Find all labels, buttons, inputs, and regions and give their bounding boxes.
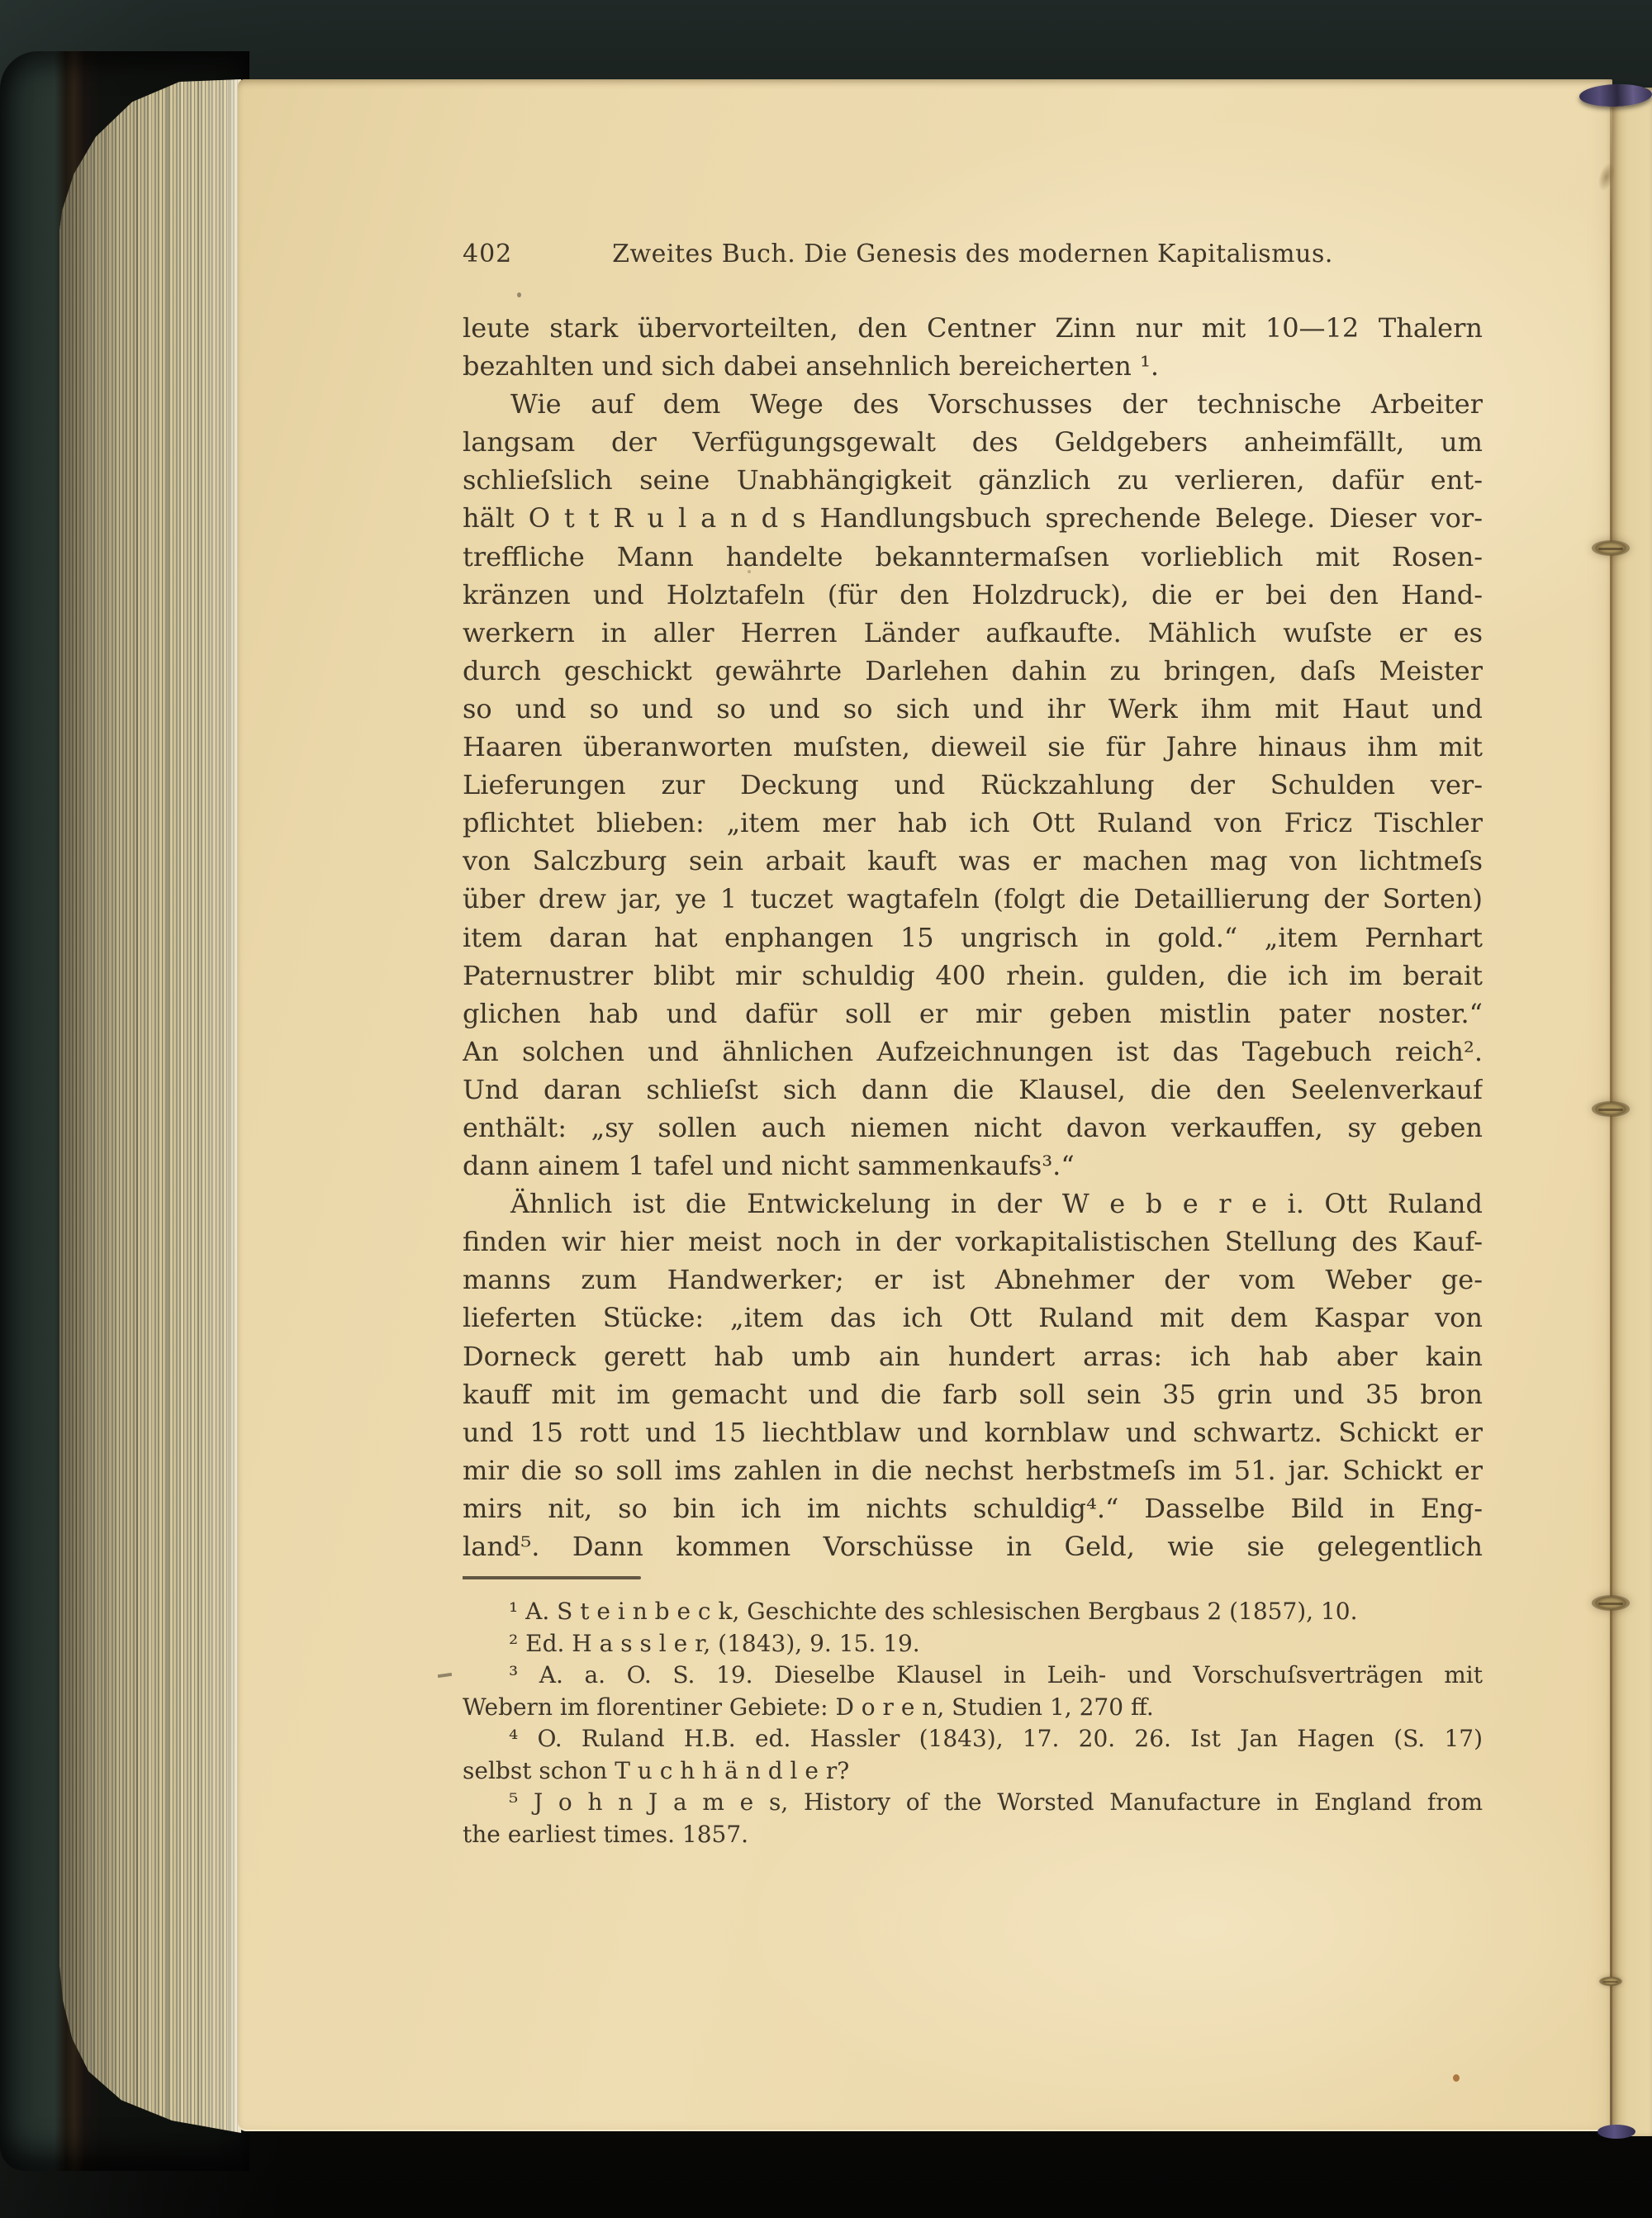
text-line: Lieferungen zur Deckung und Rückzahlung … xyxy=(463,766,1483,804)
footnote-separator xyxy=(463,1576,641,1579)
endband xyxy=(1597,2125,1635,2139)
text-line: werkern in aller Herren Länder aufkaufte… xyxy=(463,614,1483,652)
paper-speck xyxy=(1453,2074,1460,2082)
text-line: pflichtet blieben: „item mer hab ich Ott… xyxy=(463,804,1483,842)
text-line: An solchen und ähnlichen Aufzeichnungen … xyxy=(463,1033,1483,1071)
paper-speck xyxy=(517,292,521,297)
text-line: leute stark übervorteilten, den Centner … xyxy=(463,309,1483,347)
text-line: hält O t t R u l a n d s Handlungsbuch s… xyxy=(463,499,1483,537)
text-line: dann ainem 1 tafel und nicht sammenkaufs… xyxy=(463,1147,1483,1185)
scanned-book-photo: Zweites Buch. Die Genesis des modernen K… xyxy=(0,0,1652,2218)
text-line: Wie auf dem Wege des Vorschusses der tec… xyxy=(463,385,1483,423)
text-line: enthält: „sy sollen auch niemen nicht da… xyxy=(463,1109,1483,1147)
paper-speck xyxy=(748,570,751,573)
text-line: land⁵. Dann kommen Vorschüsse in Geld, w… xyxy=(463,1527,1483,1565)
text-line: von Salczburg sein arbait kauft was er m… xyxy=(463,842,1483,880)
page-edge-stack xyxy=(59,79,241,2133)
text-line: kränzen und Holztafeln (für den Holzdruc… xyxy=(463,576,1483,614)
footnotes: ¹ A. S t e i n b e c k, Geschichte des s… xyxy=(463,1596,1483,1850)
text-column: Zweites Buch. Die Genesis des modernen K… xyxy=(463,0,1483,2218)
text-line: bezahlten und sich dabei ansehnlich bere… xyxy=(463,347,1483,385)
binding-stitch-knot xyxy=(1592,540,1630,556)
text-line: glichen hab und dafür soll er mir geben … xyxy=(463,995,1483,1033)
binding-stitch-knot xyxy=(1599,1977,1622,1986)
text-line: finden wir hier meist noch in der vorkap… xyxy=(463,1223,1483,1261)
text-line: und 15 rott und 15 liechtblaw und kornbl… xyxy=(463,1413,1483,1451)
text-line: item daran hat enphangen 15 ungrisch in … xyxy=(463,919,1483,957)
text-line: Haaren überanworten muſsten, dieweil sie… xyxy=(463,728,1483,766)
footnote-line: selbst schon T u c h h ä n d l e r? xyxy=(463,1755,1483,1788)
text-line: kauff mit im gemacht und die farb soll s… xyxy=(463,1375,1483,1413)
page-header: Zweites Buch. Die Genesis des modernen K… xyxy=(463,240,1483,273)
text-line: so und so und so und so sich und ihr Wer… xyxy=(463,690,1483,728)
text-line: über drew jar, ye 1 tuczet wagtafeln (fo… xyxy=(463,880,1483,918)
text-line: mirs nit, so bin ich im nichts schuldig⁴… xyxy=(463,1489,1483,1527)
text-line: schlieſslich seine Unabhängigkeit gänzli… xyxy=(463,461,1483,499)
footnote-line: ³ A. a. O. S. 19. Dieselbe Klausel in Le… xyxy=(463,1660,1483,1692)
text-line: langsam der Verfügungsgewalt des Geldgeb… xyxy=(463,423,1483,461)
text-line: lieferten Stücke: „item das ich Ott Rula… xyxy=(463,1299,1483,1337)
page-number: 402 xyxy=(463,240,512,268)
text-line: Paternustrer blibt mir schuldig 400 rhei… xyxy=(463,957,1483,995)
footnote-line: ⁵ J o h n J a m e s, History of the Wors… xyxy=(463,1787,1483,1819)
text-line: Und daran schlieſst sich dann die Klause… xyxy=(463,1071,1483,1109)
text-line: treffliche Mann handelte bekanntermaſsen… xyxy=(463,538,1483,576)
footnote-line: ² Ed. H a s s l e r, (1843), 9. 15. 19. xyxy=(463,1628,1483,1660)
footnote-line: ⁴ O. Ruland H.B. ed. Hassler (1843), 17.… xyxy=(463,1723,1483,1755)
text-line: durch geschickt gewährte Darlehen dahin … xyxy=(463,652,1483,690)
footnote-line: ¹ A. S t e i n b e c k, Geschichte des s… xyxy=(463,1596,1483,1628)
binding-stitch-knot xyxy=(1592,1595,1630,1611)
body-text: leute stark übervorteilten, den Centner … xyxy=(463,309,1483,1565)
text-line: mir die so soll ims zahlen in die nechst… xyxy=(463,1451,1483,1489)
footnote-line: Webern im florentiner Gebiete: D o r e n… xyxy=(463,1692,1483,1724)
binding-stitch-knot xyxy=(1592,1101,1630,1117)
text-line: manns zum Handwerker; er ist Abnehmer de… xyxy=(463,1261,1483,1299)
text-line: Dorneck gerett hab umb ain hundert arras… xyxy=(463,1337,1483,1375)
text-line: Ähnlich ist die Entwickelung in der W e … xyxy=(463,1185,1483,1223)
footnote-line: the earliest times. 1857. xyxy=(463,1819,1483,1851)
running-title: Zweites Buch. Die Genesis des modernen K… xyxy=(463,240,1483,268)
